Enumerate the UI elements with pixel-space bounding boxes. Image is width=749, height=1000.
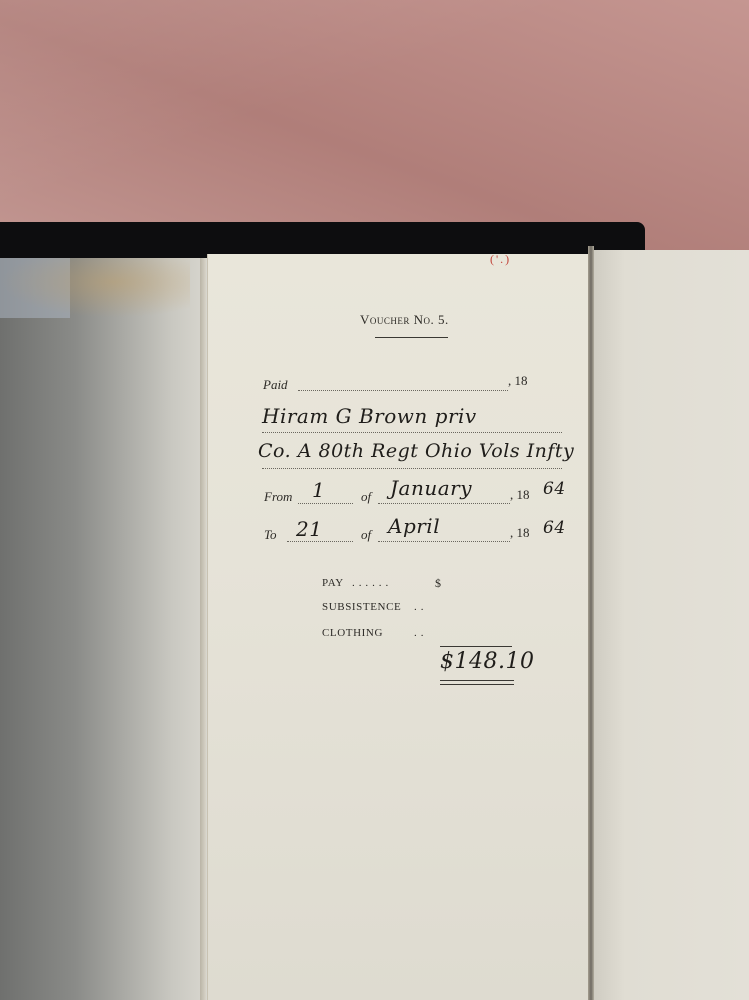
page-fold	[200, 258, 206, 1000]
pay-leader: . . . . . .	[352, 577, 389, 589]
total-bottom-rule-1	[440, 680, 514, 681]
payee-rule-2	[262, 468, 562, 469]
red-ink-mark: ('.)	[490, 252, 511, 267]
from-year-suffix: 64	[543, 479, 566, 499]
pay-label: PAY	[322, 577, 344, 589]
to-year-prefix: , 18	[510, 525, 530, 541]
from-label: From	[264, 489, 292, 505]
to-month: April	[388, 514, 440, 538]
to-day-rule	[287, 541, 353, 542]
clothing-leader: . .	[414, 627, 424, 639]
left-page	[0, 258, 215, 1000]
right-page	[594, 250, 749, 1000]
from-day-rule	[298, 503, 353, 504]
subsistence-leader: . .	[414, 601, 424, 613]
from-month: January	[390, 476, 472, 500]
paid-rule	[298, 390, 508, 391]
payee-name: Hiram G Brown priv	[262, 404, 477, 428]
water-stain	[0, 258, 190, 318]
from-of: of	[361, 489, 371, 505]
total-bottom-rule-2	[440, 684, 514, 685]
payee-rule-1	[262, 432, 562, 433]
to-month-rule	[378, 541, 510, 542]
tablecloth-background	[0, 0, 749, 260]
clothing-label: CLOTHING	[322, 627, 383, 639]
to-year-suffix: 64	[543, 518, 566, 538]
to-of: of	[361, 527, 371, 543]
voucher-edge	[588, 246, 594, 1000]
pay-currency: $	[435, 576, 442, 591]
payee-unit: Co. A 80th Regt Ohio Vols Infty	[258, 440, 574, 462]
to-label: To	[264, 527, 277, 543]
voucher-title: Voucher No. 5.	[360, 312, 449, 328]
from-month-rule	[378, 503, 510, 504]
paid-year-prefix: , 18	[508, 373, 528, 389]
total-amount: $148.10	[440, 649, 534, 674]
from-day: 1	[312, 478, 325, 502]
from-year-prefix: , 18	[510, 487, 530, 503]
paid-label: Paid	[263, 377, 288, 393]
to-day: 21	[296, 517, 322, 541]
subsistence-label: SUBSISTENCE	[322, 601, 401, 613]
total-top-rule	[440, 646, 512, 647]
voucher-sheet	[207, 254, 593, 1000]
title-underline	[375, 337, 448, 338]
